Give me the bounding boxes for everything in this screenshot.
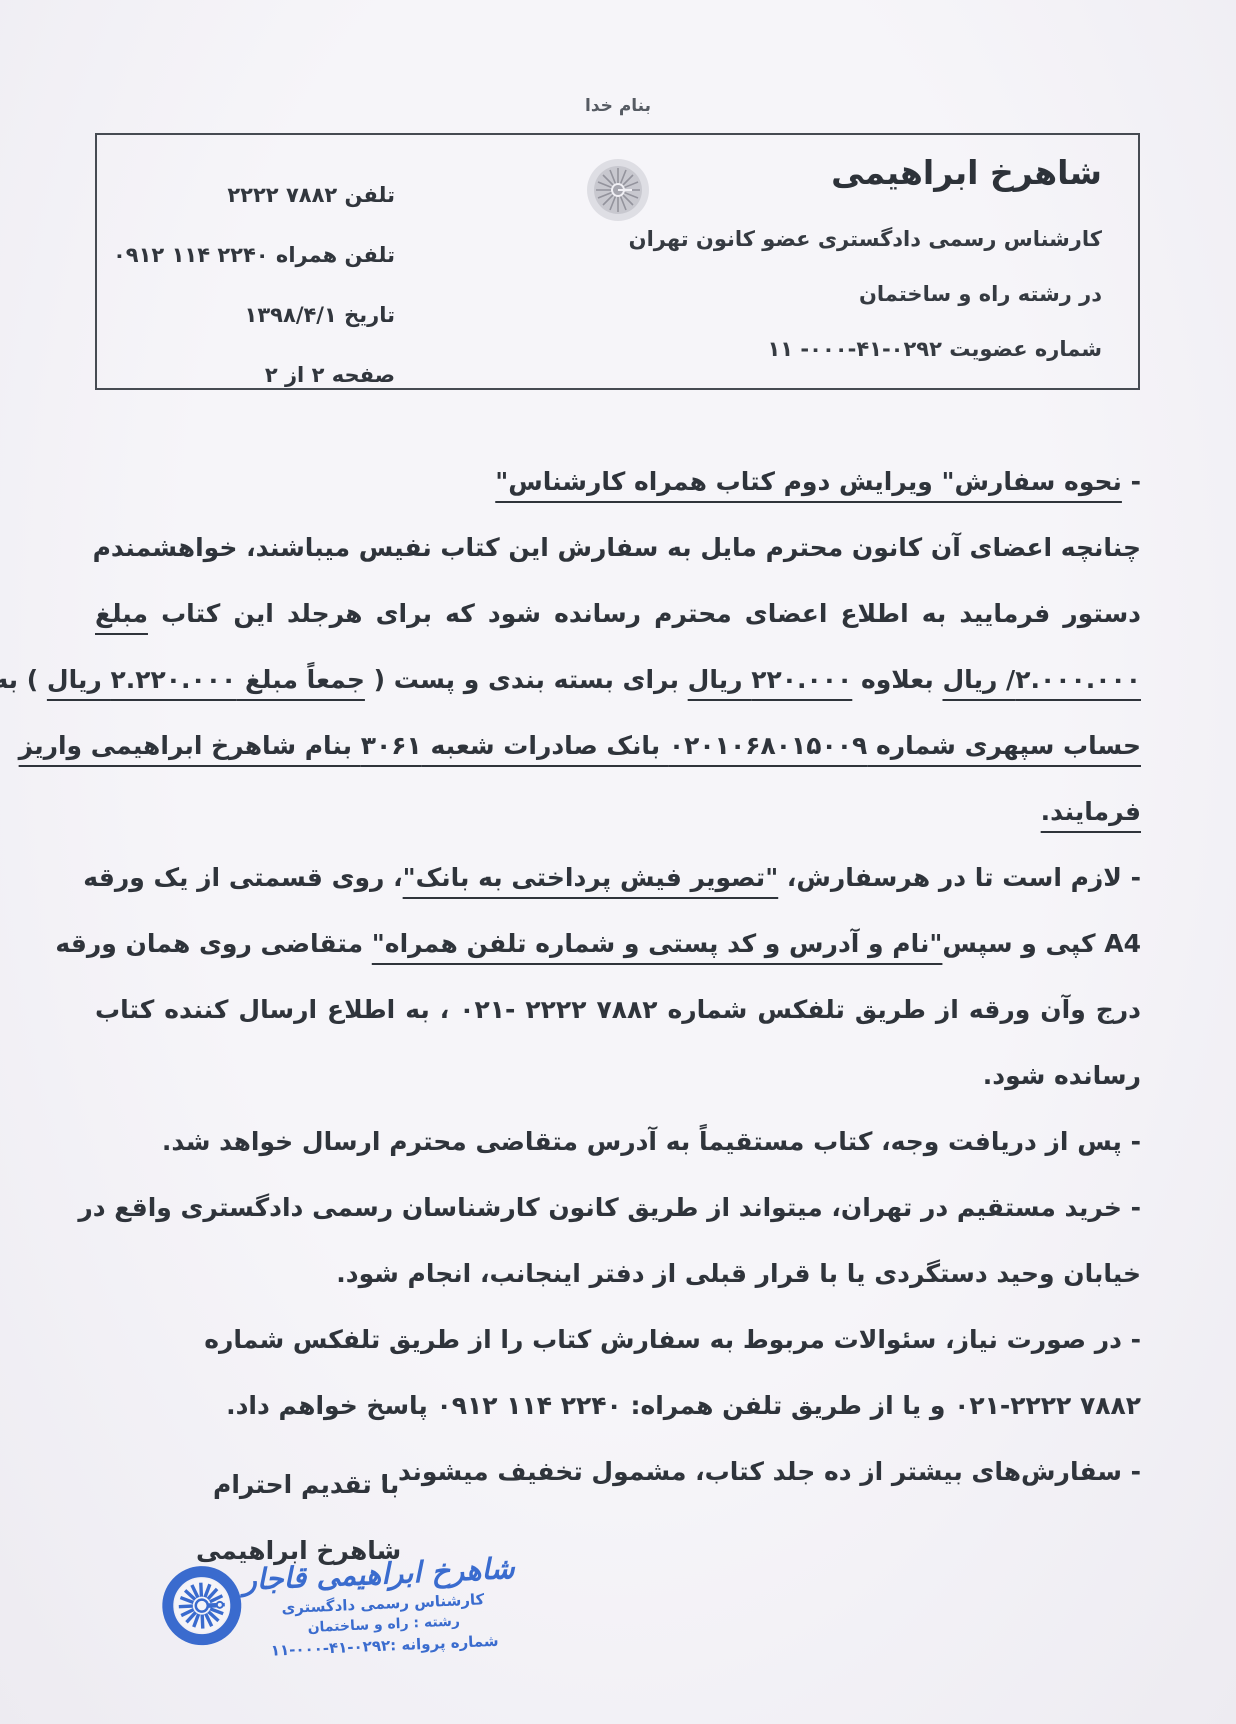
letterhead-title-2: در رشته راه و ساختمان bbox=[629, 267, 1102, 322]
official-stamp: شاهرخ ابراهیمی قاجار کارشناس رسمی دادگست… bbox=[144, 1548, 518, 1667]
body-line: رسانده شود. bbox=[95, 1043, 1141, 1109]
text-run: ۲.۰۰۰.۰۰۰/ ریال bbox=[942, 665, 1141, 694]
text-run: متقاضی روی همان ورقه bbox=[55, 929, 371, 958]
body-line: - خرید مستقیم در تهران، میتواند از طریق … bbox=[95, 1175, 1141, 1241]
text-run: - bbox=[1122, 467, 1141, 496]
bismillah-text: بنام خدا bbox=[0, 96, 1236, 116]
text-run: حساب سپهری شماره ۰۲۰۱۰۶۸۰۱۵۰۰۹ بانک صادر… bbox=[19, 731, 1141, 760]
text-run: - پس از دریافت وجه، کتاب مستقیماً به آدر… bbox=[162, 1127, 1141, 1156]
text-run: پاسخ خواهم داد. bbox=[226, 1391, 436, 1420]
text-run: ۰۲۱- ۲۲۲۲ ۷۸۸۲ bbox=[459, 995, 657, 1024]
letterhead-mobile: تلفن همراه ۰۹۱۲ ۱۱۴ ۲۲۴۰ bbox=[109, 225, 395, 285]
text-run: ، به اطلاع ارسال کننده کتاب bbox=[95, 995, 459, 1024]
text-run: - لازم است تا در هرسفارش، bbox=[778, 863, 1141, 892]
body-line: فرمایند. bbox=[95, 779, 1141, 845]
letterhead-membership-number: شماره عضویت ۰۲۹۲-۴۱-۰۰۰- ۱۱ bbox=[629, 322, 1102, 377]
text-run: جمعاً مبلغ ۲.۲۲۰.۰۰۰ ریال bbox=[47, 665, 365, 694]
text-run: تلفن همراه bbox=[269, 243, 395, 267]
text-run: - در صورت نیاز، سئوالات مربوط به سفارش ک… bbox=[204, 1325, 1141, 1354]
text-run: برای بسته بندی و پست ( bbox=[365, 665, 688, 694]
text-run: چنانچه اعضای آن کانون محترم مایل به سفار… bbox=[93, 533, 1141, 562]
text-run: ) به bbox=[0, 665, 47, 694]
body-line: A4 کپی و سپس"نام و آدرس و کد پستی و شمار… bbox=[95, 911, 1141, 977]
letter-body: - نحوه سفارش" ویرایش دوم کتاب همراه کارش… bbox=[95, 449, 1141, 1505]
text-run: خیابان وحید دستگردی یا با قرار قبلی از د… bbox=[336, 1259, 1141, 1288]
stamp-text-block: شاهرخ ابراهیمی قاجار کارشناس رسمی دادگست… bbox=[248, 1548, 518, 1663]
text-run: رسانده شود. bbox=[983, 1061, 1141, 1090]
text-run: تلفن bbox=[337, 183, 395, 207]
text-run: ۲۲۰.۰۰۰ ریال bbox=[688, 665, 853, 694]
letterhead-identity: شاهرخ ابراهیمی کارشناس رسمی دادگستری عضو… bbox=[629, 153, 1102, 377]
body-line-fax: درج وآن ورقه از طریق تلفکس شماره ۰۲۱- ۲۲… bbox=[95, 977, 1141, 1043]
letterhead-name: شاهرخ ابراهیمی bbox=[629, 153, 1102, 192]
body-line: - لازم است تا در هرسفارش، "تصویر فیش پرد… bbox=[95, 845, 1141, 911]
letterhead-title-1: کارشناس رسمی دادگستری عضو کانون تهران bbox=[629, 212, 1102, 267]
text-run: بعلاوه bbox=[852, 665, 942, 694]
text-run: ۱۳۹۸/۴/۱ bbox=[245, 303, 337, 327]
text-run: - خرید مستقیم در تهران، میتواند از طریق … bbox=[78, 1193, 1141, 1222]
body-line-heading: - نحوه سفارش" ویرایش دوم کتاب همراه کارش… bbox=[95, 449, 1141, 515]
text-run: فرمایند. bbox=[1041, 797, 1141, 826]
text-run: مبلغ bbox=[95, 599, 148, 628]
letterhead-box: شاهرخ ابراهیمی کارشناس رسمی دادگستری عضو… bbox=[95, 133, 1140, 390]
text-run: و یا از طریق تلفن همراه: bbox=[622, 1391, 954, 1420]
body-line-amounts: ۲.۰۰۰.۰۰۰/ ریال بعلاوه ۲۲۰.۰۰۰ ریال برای… bbox=[95, 647, 1141, 713]
scanned-letter-page: { "colors": { "paper": "#f4f3f7", "ink":… bbox=[0, 0, 1236, 1724]
text-run: درج وآن ورقه از طریق تلفکس شماره bbox=[658, 995, 1142, 1024]
body-line: خیابان وحید دستگردی یا با قرار قبلی از د… bbox=[95, 1241, 1141, 1307]
text-run: تاریخ bbox=[337, 303, 395, 327]
text-run: صفحه ۲ از ۲ bbox=[265, 363, 395, 387]
text-run: ۰۹۱۲ ۱۱۴ ۲۲۴۰ bbox=[437, 1391, 622, 1420]
body-line: چنانچه اعضای آن کانون محترم مایل به سفار… bbox=[95, 515, 1141, 581]
text-run: A4 کپی و سپس bbox=[942, 929, 1141, 958]
letterhead-contact-column: تلفن ۲۲۲۲ ۷۸۸۲ تلفن همراه ۰۹۱۲ ۱۱۴ ۲۲۴۰ … bbox=[109, 165, 395, 405]
text-run: ۰۲۱-۲۲۲۲ ۷۸۸۲ bbox=[954, 1391, 1141, 1420]
text-run: ۲۲۲۲ ۷۸۸۲ bbox=[227, 183, 337, 207]
closing-regards: با تقدیم احترام bbox=[213, 1470, 399, 1499]
text-run: "تصویر فیش پرداختی به بانک" bbox=[403, 863, 779, 892]
letterhead-date: تاریخ ۱۳۹۸/۴/۱ bbox=[109, 285, 395, 345]
body-line: - پس از دریافت وجه، کتاب مستقیماً به آدر… bbox=[95, 1109, 1141, 1175]
text-run: "نام و آدرس و کد پستی و شماره تلفن همراه… bbox=[372, 929, 943, 958]
stamp-seal-icon bbox=[160, 1564, 243, 1647]
body-line-contact: ۰۲۱-۲۲۲۲ ۷۸۸۲ و یا از طریق تلفن همراه: ۰… bbox=[95, 1373, 1141, 1439]
text-run: ، روی قسمتی از یک ورقه bbox=[83, 863, 402, 892]
letterhead-page-number: صفحه ۲ از ۲ bbox=[109, 345, 395, 405]
text-run: ۰۹۱۲ ۱۱۴ ۲۲۴۰ bbox=[113, 243, 269, 267]
body-line: دستور فرمایید به اطلاع اعضای محترم رساند… bbox=[95, 581, 1141, 647]
text-run: دستور فرمایید به اطلاع اعضای محترم رساند… bbox=[148, 599, 1141, 628]
text-run: - سفارش‌های بیشتر از ده جلد کتاب، مشمول … bbox=[380, 1457, 1141, 1486]
text-run: نحوه سفارش" ویرایش دوم کتاب همراه کارشنا… bbox=[495, 467, 1122, 496]
body-line-bank-account: حساب سپهری شماره ۰۲۰۱۰۶۸۰۱۵۰۰۹ بانک صادر… bbox=[95, 713, 1141, 779]
body-line: - در صورت نیاز، سئوالات مربوط به سفارش ک… bbox=[95, 1307, 1141, 1373]
letterhead-phone: تلفن ۲۲۲۲ ۷۸۸۲ bbox=[109, 165, 395, 225]
